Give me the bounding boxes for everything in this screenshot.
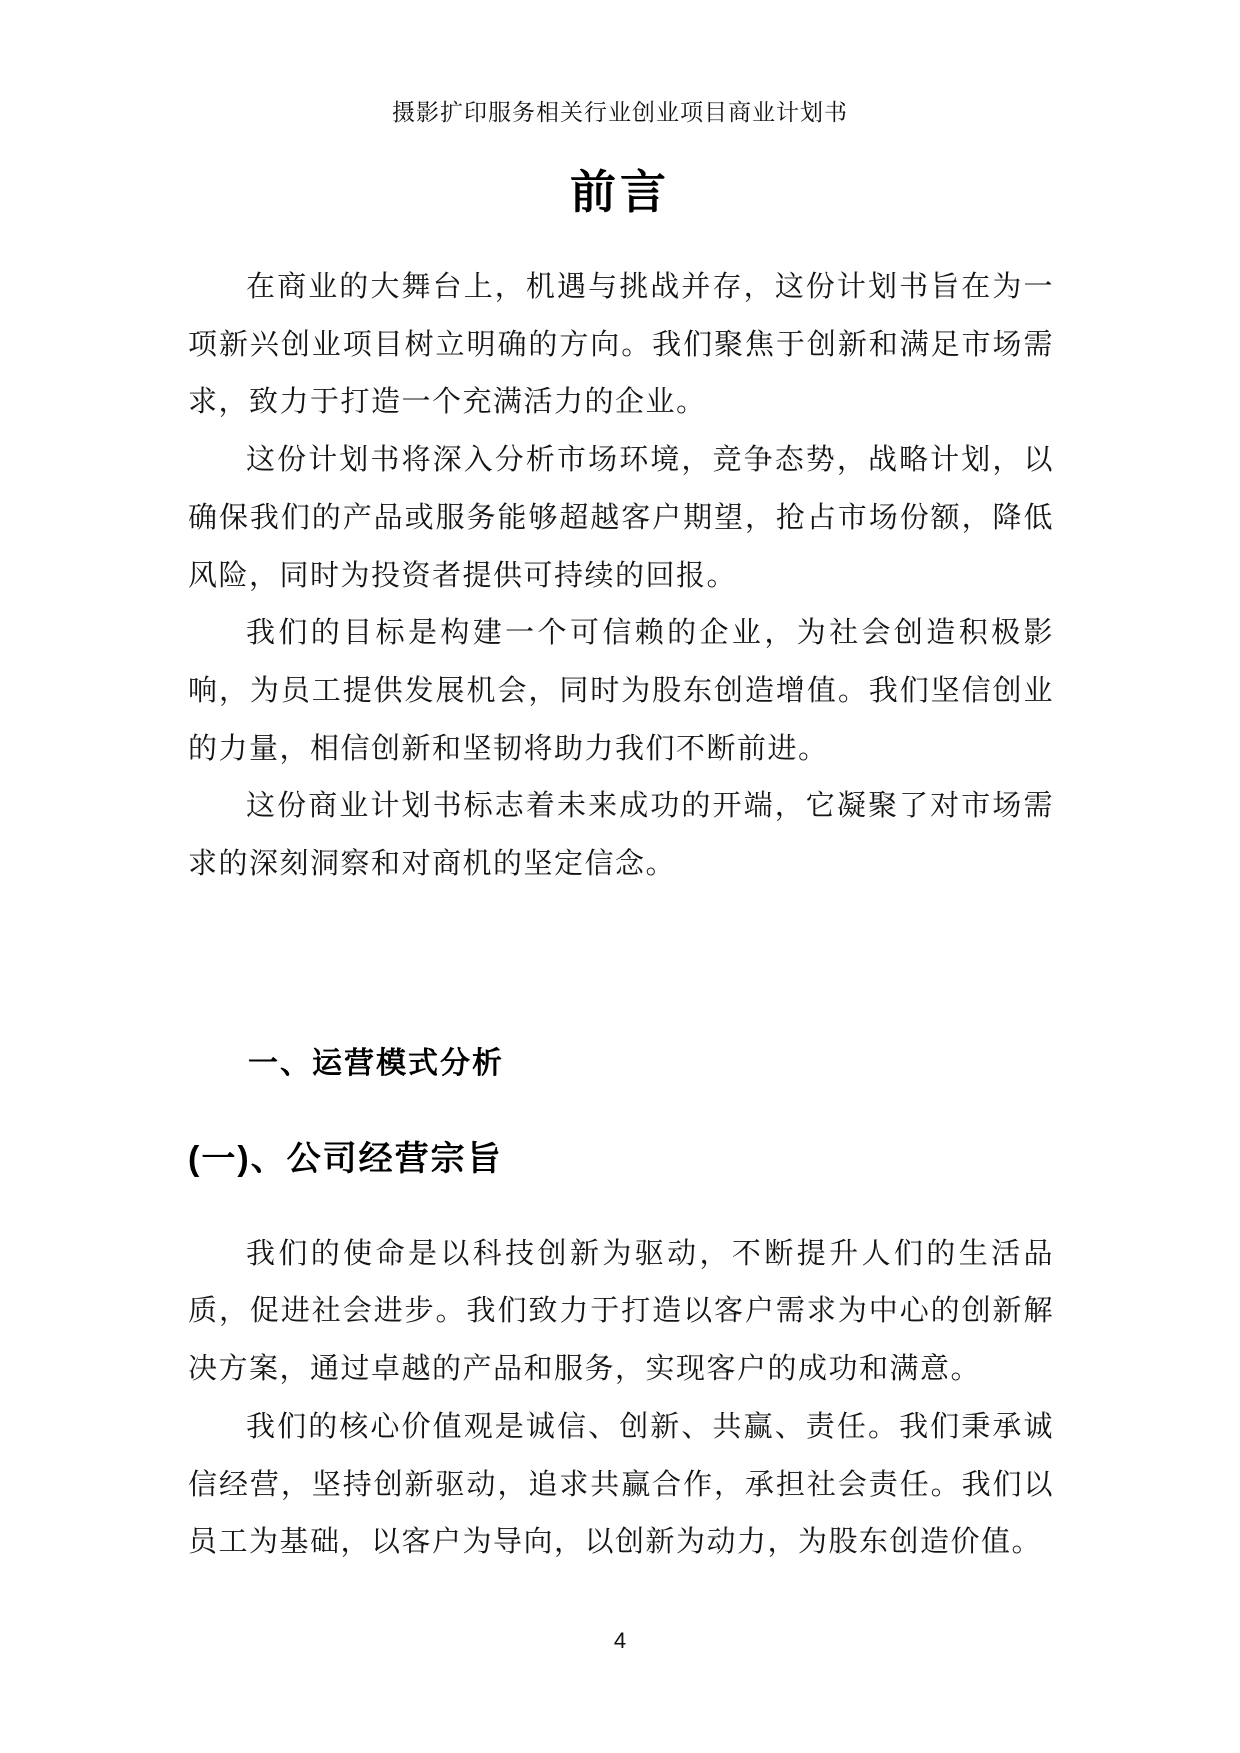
core-values-paragraph: 我们的核心价值观是诚信、创新、共赢、责任。我们秉承诚信经营，坚持创新驱动，追求共…	[188, 1399, 1054, 1572]
page-number: 4	[0, 1628, 1240, 1654]
intro-paragraph-3: 我们的目标是构建一个可信赖的企业，为社会创造积极影响，为员工提供发展机会，同时为…	[188, 605, 1054, 778]
intro-paragraph-1: 在商业的大舞台上，机遇与挑战并存，这份计划书旨在为一项新兴创业项目树立明确的方向…	[188, 259, 1054, 432]
document-body: 在商业的大舞台上，机遇与挑战并存，这份计划书旨在为一项新兴创业项目树立明确的方向…	[188, 259, 1054, 1572]
document-page: 摄影扩印服务相关行业创业项目商业计划书 前言 在商业的大舞台上，机遇与挑战并存，…	[0, 0, 1240, 1753]
intro-paragraph-2: 这份计划书将深入分析市场环境，竞争态势，战略计划，以确保我们的产品或服务能够超越…	[188, 432, 1054, 605]
section-heading-operation-model: 一、运营模式分析	[188, 1044, 1054, 1084]
subsection-heading-company-purpose: (一)、公司经营宗旨	[188, 1136, 1054, 1182]
intro-paragraph-4: 这份商业计划书标志着未来成功的开端，它凝聚了对市场需求的深刻洞察和对商机的坚定信…	[188, 778, 1054, 893]
mission-paragraph: 我们的使命是以科技创新为驱动，不断提升人们的生活品质，促进社会进步。我们致力于打…	[188, 1226, 1054, 1399]
document-header: 摄影扩印服务相关行业创业项目商业计划书	[0, 94, 1240, 127]
document-title: 前言	[0, 156, 1240, 222]
